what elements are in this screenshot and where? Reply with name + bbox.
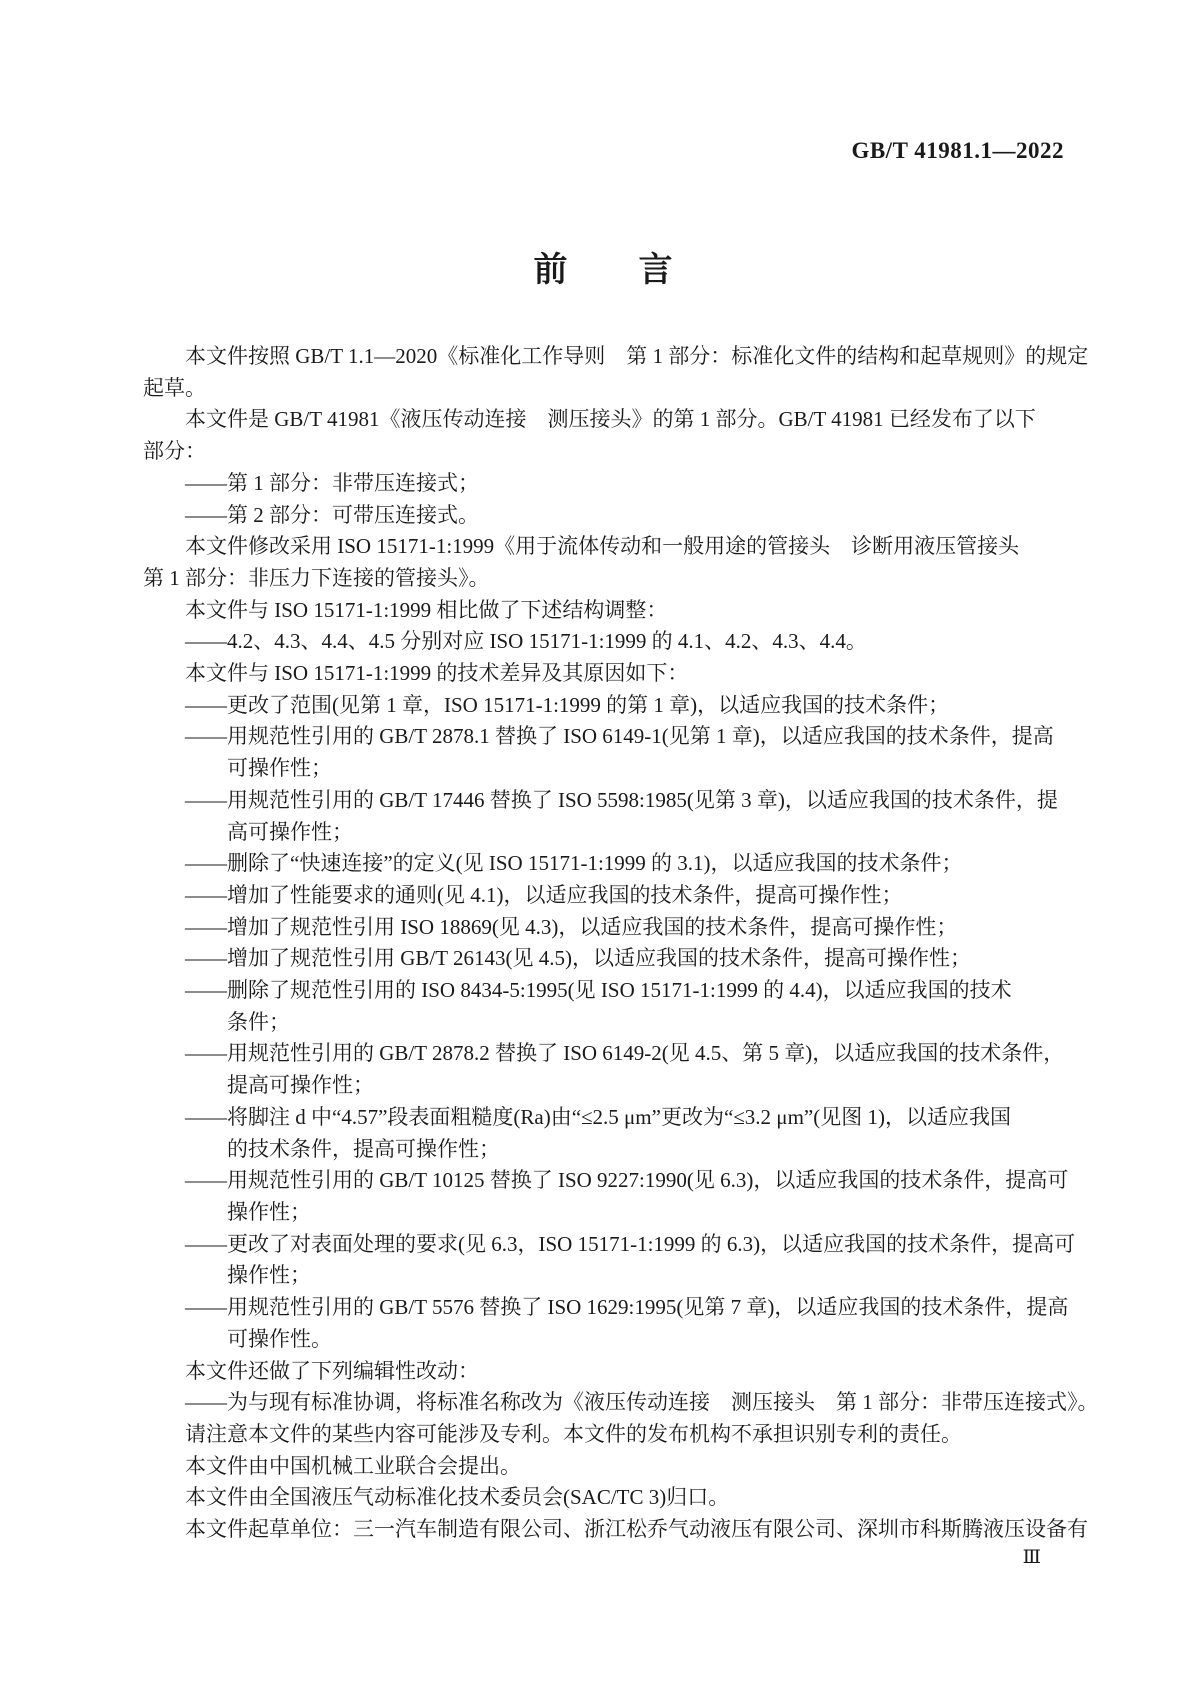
text-line: 可操作性。 <box>143 1324 1064 1356</box>
text-line: 起草。 <box>143 373 1064 405</box>
text-line: 本文件是 GB/T 41981《液压传动连接 测压接头》的第 1 部分。GB/T… <box>143 404 1064 436</box>
text-line: 操作性； <box>143 1197 1064 1229</box>
text-line: 本文件与 ISO 15171-1:1999 相比做了下述结构调整： <box>143 595 1064 627</box>
text-line: ——更改了范围(见第 1 章，ISO 15171-1:1999 的第 1 章)，… <box>143 690 1064 722</box>
text-line: ——4.2、4.3、4.4、4.5 分别对应 ISO 15171-1:1999 … <box>143 626 1064 658</box>
text-line: 本文件按照 GB/T 1.1—2020《标准化工作导则 第 1 部分：标准化文件… <box>143 341 1064 373</box>
page-number: Ⅲ <box>1023 1546 1041 1569</box>
text-line: ——第 1 部分：非带压连接式； <box>143 468 1064 500</box>
text-line: ——为与现有标准协调，将标准名称改为《液压传动连接 测压接头 第 1 部分：非带… <box>143 1387 1064 1419</box>
text-line: 第 1 部分：非压力下连接的管接头》。 <box>143 563 1064 595</box>
foreword-body: 本文件按照 GB/T 1.1—2020《标准化工作导则 第 1 部分：标准化文件… <box>143 341 1064 1546</box>
text-line: 本文件与 ISO 15171-1:1999 的技术差异及其原因如下： <box>143 658 1064 690</box>
text-line: 本文件还做了下列编辑性改动： <box>143 1356 1064 1388</box>
text-line: 操作性； <box>143 1260 1064 1292</box>
text-line: 请注意本文件的某些内容可能涉及专利。本文件的发布机构不承担识别专利的责任。 <box>143 1419 1064 1451</box>
text-line: 条件； <box>143 1007 1064 1039</box>
text-line: ——增加了规范性引用 GB/T 26143(见 4.5)，以适应我国的技术条件，… <box>143 943 1064 975</box>
text-line: 可操作性； <box>143 753 1064 785</box>
text-line: 部分： <box>143 436 1064 468</box>
text-line: 提高可操作性； <box>143 1070 1064 1102</box>
text-line: ——将脚注 d 中“4.57”段表面粗糙度(Ra)由“≤2.5 μm”更改为“≤… <box>143 1102 1064 1134</box>
text-line: ——用规范性引用的 GB/T 2878.1 替换了 ISO 6149-1(见第 … <box>143 721 1064 753</box>
text-line: 高可操作性； <box>143 817 1064 849</box>
text-line: ——删除了规范性引用的 ISO 8434-5:1995(见 ISO 15171-… <box>143 975 1064 1007</box>
page-title: 前 言 <box>143 242 1064 291</box>
text-line: ——更改了对表面处理的要求(见 6.3，ISO 15171-1:1999 的 6… <box>143 1229 1064 1261</box>
standard-code: GB/T 41981.1—2022 <box>851 138 1064 164</box>
text-line: 本文件由全国液压气动标准化技术委员会(SAC/TC 3)归口。 <box>143 1482 1064 1514</box>
text-line: ——用规范性引用的 GB/T 17446 替换了 ISO 5598:1985(见… <box>143 785 1064 817</box>
text-line: ——用规范性引用的 GB/T 5576 替换了 ISO 1629:1995(见第… <box>143 1292 1064 1324</box>
text-line: ——用规范性引用的 GB/T 2878.2 替换了 ISO 6149-2(见 4… <box>143 1038 1064 1070</box>
text-line: ——增加了性能要求的通则(见 4.1)，以适应我国的技术条件，提高可操作性； <box>143 880 1064 912</box>
text-line: 本文件修改采用 ISO 15171-1:1999《用于流体传动和一般用途的管接头… <box>143 531 1064 563</box>
text-line: ——用规范性引用的 GB/T 10125 替换了 ISO 9227:1990(见… <box>143 1165 1064 1197</box>
document-page: GB/T 41981.1—2022 前 言 本文件按照 GB/T 1.1—202… <box>0 0 1191 1684</box>
text-line: ——删除了“快速连接”的定义(见 ISO 15171-1:1999 的 3.1)… <box>143 848 1064 880</box>
text-line: 本文件起草单位：三一汽车制造有限公司、浙江松乔气动液压有限公司、深圳市科斯腾液压… <box>143 1514 1064 1546</box>
text-line: 本文件由中国机械工业联合会提出。 <box>143 1451 1064 1483</box>
text-line: ——第 2 部分：可带压连接式。 <box>143 500 1064 532</box>
text-line: 的技术条件，提高可操作性； <box>143 1134 1064 1166</box>
text-line: ——增加了规范性引用 ISO 18869(见 4.3)，以适应我国的技术条件，提… <box>143 912 1064 944</box>
